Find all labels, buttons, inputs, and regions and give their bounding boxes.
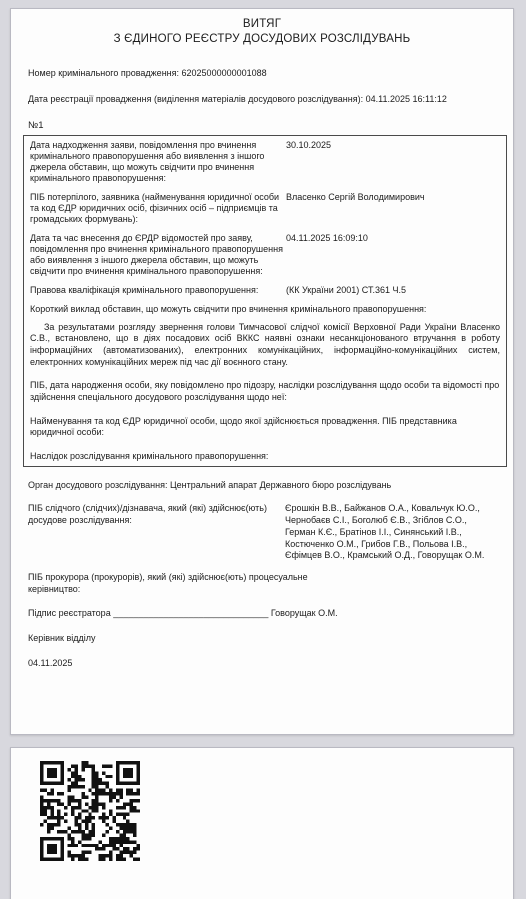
authority-value: Центральний апарат Державного бюро розсл… <box>170 480 391 490</box>
registry-table: Дата надходження заяви, повідомлення про… <box>23 135 507 467</box>
qr-code-icon <box>40 761 140 861</box>
row-label: Дата та час внесення до ЄРДР відомостей … <box>30 233 286 277</box>
document-viewer: { "header": { "title_line1": "ВИТЯГ", "t… <box>0 0 526 899</box>
case-number-value: 62025000000001088 <box>182 68 267 78</box>
summary-label: Короткий виклад обставин, що можуть свід… <box>30 304 500 316</box>
prosecutor-label: ПІБ прокурора (прокурорів), який (які) з… <box>28 572 318 595</box>
signature-blank: _______________________________ <box>113 608 268 618</box>
document-title: ВИТЯГ З ЄДИНОГО РЕЄСТРУ ДОСУДОВИХ РОЗСЛІ… <box>28 17 496 47</box>
table-row: Правова кваліфікація кримінального право… <box>30 285 500 296</box>
authority-label: Орган досудового розслідування: <box>28 480 168 490</box>
row-label: Правова кваліфікація кримінального право… <box>30 285 286 296</box>
authority-line: Орган досудового розслідування: Централь… <box>28 480 496 492</box>
summary-text: За результатами розгляду звернення голов… <box>30 322 500 369</box>
legal-entity-label: Найменування та код ЄДР юридичної особи,… <box>30 416 500 439</box>
table-row: Дата та час внесення до ЄРДР відомостей … <box>30 233 500 277</box>
suspect-label: ПІБ, дата народження особи, яку повідомл… <box>30 380 500 403</box>
row-value: 04.11.2025 16:09:10 <box>286 233 500 277</box>
registration-line: Дата реєстрації провадження (виділення м… <box>28 94 506 106</box>
case-number-label: Номер кримінального провадження: <box>28 68 179 78</box>
registrar-signature-line: Підпис реєстратора _____________________… <box>28 608 496 620</box>
investigators-row: ПІБ слідчого (слідчих)/дізнавача, який (… <box>28 503 496 561</box>
summary-block: Короткий виклад обставин, що можуть свід… <box>30 304 500 368</box>
document-date: 04.11.2025 <box>28 658 496 670</box>
table-row: ПІБ потерпілого, заявника (найменування … <box>30 192 500 225</box>
document-page-1: ВИТЯГ З ЄДИНОГО РЕЄСТРУ ДОСУДОВИХ РОЗСЛІ… <box>10 8 514 735</box>
investigators-label: ПІБ слідчого (слідчих)/дізнавача, який (… <box>28 503 285 561</box>
row-value: (КК України 2001) СТ.361 Ч.5 <box>286 285 500 296</box>
result-label: Наслідок розслідування кримінального пра… <box>30 451 280 463</box>
head-of-department-label: Керівник відділу <box>28 633 496 645</box>
registration-datetime: 04.11.2025 16:11:12 <box>366 94 447 104</box>
registrar-label: Підпис реєстратора <box>28 608 111 618</box>
row-value: Власенко Сергій Володимирович <box>286 192 500 225</box>
investigators-value: Єрошкін В.В., Байжанов О.А., Ковальчук Ю… <box>285 503 496 561</box>
table-row: Дата надходження заяви, повідомлення про… <box>30 140 500 184</box>
document-page-2 <box>10 747 514 899</box>
title-line-1: ВИТЯГ <box>28 17 496 32</box>
registrar-name: Говорущак О.М. <box>271 608 338 618</box>
row-label: ПІБ потерпілого, заявника (найменування … <box>30 192 286 225</box>
row-value: 30.10.2025 <box>286 140 500 184</box>
case-number-line: Номер кримінального провадження: 6202500… <box>28 68 496 80</box>
title-line-2: З ЄДИНОГО РЕЄСТРУ ДОСУДОВИХ РОЗСЛІДУВАНЬ <box>28 32 496 47</box>
registration-label: Дата реєстрації провадження (виділення м… <box>28 94 363 104</box>
row-label: Дата надходження заяви, повідомлення про… <box>30 140 286 184</box>
record-number: №1 <box>28 120 496 131</box>
